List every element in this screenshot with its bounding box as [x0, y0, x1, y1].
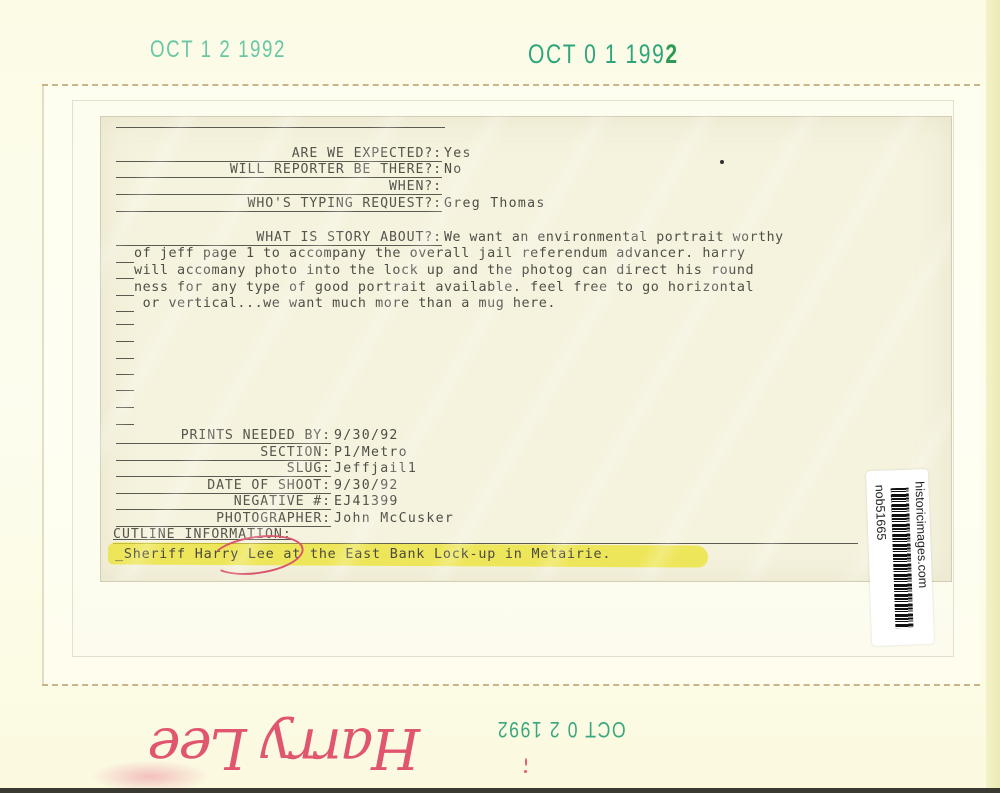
barcode-label: historicimages.com nob51665	[866, 469, 934, 646]
blank-line-rule	[116, 324, 134, 325]
value-photographer: John McCusker	[334, 512, 454, 526]
label-date-of-shoot: DATE OF SHOOT:	[116, 479, 331, 494]
red-ink-dot	[524, 770, 527, 773]
label-are-we-expected: ARE WE EXPECTED?:	[116, 147, 442, 162]
story-line-1: We want an environmental portrait worthy	[444, 231, 784, 245]
top-rule	[116, 127, 445, 128]
value-whos-typing-request: Greg Thomas	[444, 197, 546, 211]
story-line-rule	[116, 311, 134, 312]
barcode-icon	[891, 488, 914, 629]
cutline-text: _Sheriff Harry Lee at the East Bank Lock…	[115, 547, 611, 562]
date-stamp-received: OCT 1 2 1992	[150, 36, 286, 64]
value-will-reporter-be-there: No	[444, 163, 462, 177]
ink-speck	[720, 160, 724, 164]
label-will-reporter-be-there: WILL REPORTER BE THERE?:	[116, 163, 442, 178]
story-line-2: of jeff page 1 to accompany the overall …	[134, 246, 745, 261]
blank-line-rule	[116, 341, 134, 342]
date-stamp-filed-text: OCT 0 1 199	[528, 39, 665, 69]
barcode-id-text: nob51665	[872, 484, 888, 540]
photo-bottom-edge	[0, 788, 1000, 793]
label-when: WHEN?:	[116, 180, 442, 195]
label-slug: SLUG:	[116, 462, 331, 477]
story-line-rule	[116, 278, 134, 279]
story-line-rule	[116, 295, 134, 296]
label-prints-needed-by: PRINTS NEEDED BY:	[116, 429, 331, 444]
value-negative-number: EJ41399	[334, 495, 399, 509]
blank-line-rule	[116, 374, 134, 375]
blank-line-rule	[116, 358, 134, 359]
blank-line-rule	[116, 390, 134, 391]
story-line-3: will accomany photo into the lock up and…	[134, 263, 754, 278]
blank-line-rule	[116, 424, 134, 425]
barcode-site-text: historicimages.com	[912, 481, 930, 588]
story-line-rule	[116, 262, 134, 263]
red-ink-mark	[525, 758, 527, 766]
value-are-we-expected: Yes	[444, 147, 472, 161]
date-stamp-filed-suffix: 2	[665, 39, 678, 69]
story-line-4: ness for any type of good portrait avail…	[134, 280, 754, 295]
label-photographer: PHOTOGRAPHER:	[116, 512, 331, 527]
date-stamp-filed: OCT 0 1 1992	[528, 39, 679, 70]
value-date-of-shoot: 9/30/92	[334, 479, 399, 493]
blank-line-rule	[116, 407, 134, 408]
label-negative-number: NEGATIVE #:	[116, 495, 331, 510]
value-prints-needed-by: 9/30/92	[334, 429, 399, 443]
label-section: SECTION:	[116, 446, 331, 461]
label-what-is-story-about: WHAT IS STORY ABOUT?:	[116, 231, 442, 246]
date-stamp-inverted: OCT 0 2 1992	[496, 716, 625, 742]
label-whos-typing-request: WHO'S TYPING REQUEST?:	[116, 197, 442, 212]
value-slug: Jeffjail1	[334, 462, 417, 476]
story-line-5: or vertical...we want much more than a m…	[134, 296, 556, 311]
value-section: P1/Metro	[334, 446, 408, 460]
